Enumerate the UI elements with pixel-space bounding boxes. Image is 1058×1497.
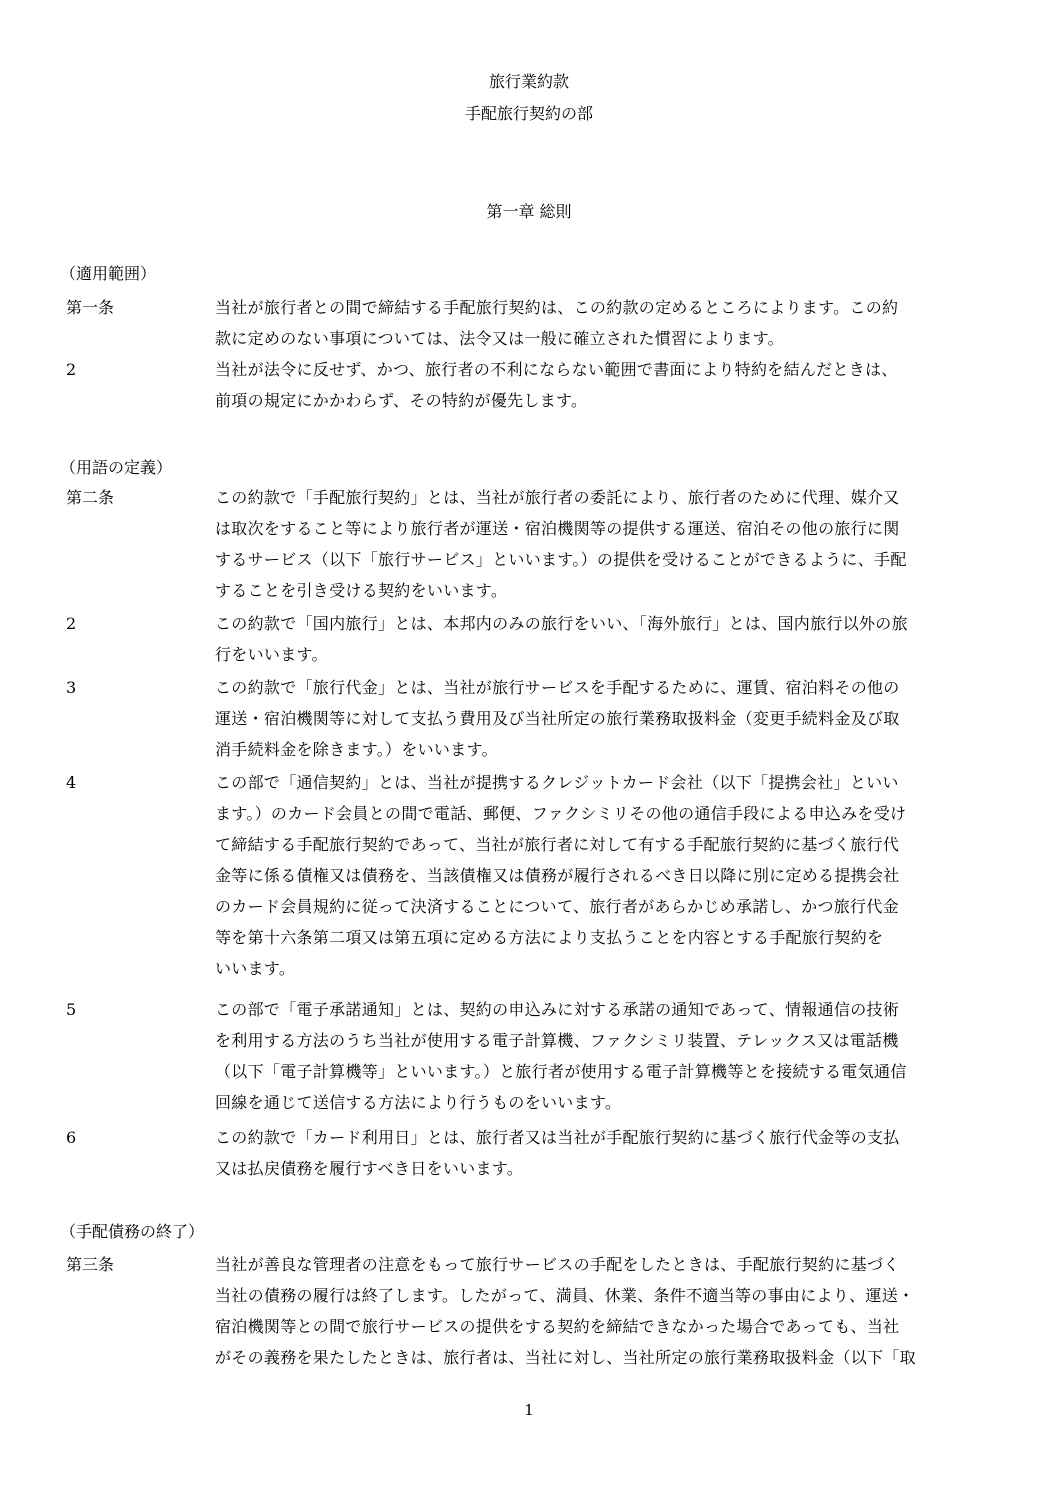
clause-line: 金等に係る債権又は債務を、当該債権又は債務が履行されるべき日以降に別に定める提携… (215, 860, 1005, 891)
clause-line: この部で「通信契約」とは、当社が提携するクレジットカード会社（以下「提携会社」と… (215, 767, 1005, 798)
clause-line: て締結する手配旅行契約であって、当社が旅行者に対して有する手配旅行契約に基づく旅… (215, 829, 1005, 860)
clause-line: ます。）のカード会員との間で電話、郵便、ファクシミリその他の通信手段による申込み… (215, 798, 1005, 829)
clause-body: この約款で「カード利用日」とは、旅行者又は当社が手配旅行契約に基づく旅行代金等の… (215, 1122, 1005, 1184)
clause-label: 2 (66, 360, 76, 380)
clause-line: 消手続料金を除きます。）をいいます。 (215, 734, 1005, 765)
clause-line: 回線を通じて送信する方法により行うものをいいます。 (215, 1087, 1005, 1118)
chapter-heading: 第一章 総則 (0, 202, 1058, 222)
clause-line: することを引き受ける契約をいいます。 (215, 575, 1005, 606)
document-title: 旅行業約款 (0, 72, 1058, 92)
clause-body: この約款で「旅行代金」とは、当社が旅行サービスを手配するために、運賃、宿泊料その… (215, 672, 1005, 765)
clause-line: 等を第十六条第二項又は第五項に定める方法により支払うことを内容とする手配旅行契約… (215, 922, 1005, 953)
clause-line: 当社の債務の履行は終了します。したがって、満員、休業、条件不適当等の事由により、… (215, 1280, 1005, 1311)
clause-line: を利用する方法のうち当社が使用する電子計算機、ファクシミリ装置、テレックス又は電… (215, 1025, 1005, 1056)
clause-body: この部で「通信契約」とは、当社が提携するクレジットカード会社（以下「提携会社」と… (215, 767, 1005, 984)
clause-line: この約款で「手配旅行契約」とは、当社が旅行者の委託により、旅行者のために代理、媒… (215, 482, 1005, 513)
clause-body: 当社が法令に反せず、かつ、旅行者の不利にならない範囲で書面により特約を結んだとき… (215, 354, 1005, 416)
document-subtitle: 手配旅行契約の部 (0, 104, 1058, 124)
clause-line: 宿泊機関等との間で旅行サービスの提供をする契約を締結できなかった場合であっても、… (215, 1311, 1005, 1342)
section-heading-scope: （適用範囲） (60, 264, 156, 284)
clause-label: 4 (66, 773, 76, 793)
clause-label: 3 (66, 678, 76, 698)
clause-line: この約款で「カード利用日」とは、旅行者又は当社が手配旅行契約に基づく旅行代金等の… (215, 1122, 1005, 1153)
clause-line: 当社が法令に反せず、かつ、旅行者の不利にならない範囲で書面により特約を結んだとき… (215, 354, 1005, 385)
clause-line: この約款で「国内旅行」とは、本邦内のみの旅行をいい、「海外旅行」とは、国内旅行以… (215, 608, 1005, 639)
clause-line: 款に定めのない事項については、法令又は一般に確立された慣習によります。 (215, 323, 1005, 354)
clause-line: 行をいいます。 (215, 639, 1005, 670)
clause-line: この約款で「旅行代金」とは、当社が旅行サービスを手配するために、運賃、宿泊料その… (215, 672, 1005, 703)
clause-line: （以下「電子計算機等」といいます。）と旅行者が使用する電子計算機等とを接続する電… (215, 1056, 1005, 1087)
page-number: 1 (0, 1401, 1058, 1419)
clause-line: のカード会員規約に従って決済することについて、旅行者があらかじめ承諾し、かつ旅行… (215, 891, 1005, 922)
clause-label: 6 (66, 1128, 76, 1148)
clause-label: 5 (66, 1000, 76, 1020)
clause-body: この部で「電子承諾通知」とは、契約の申込みに対する承諾の通知であって、情報通信の… (215, 994, 1005, 1118)
clause-label: 2 (66, 614, 76, 634)
section-heading-definitions: （用語の定義） (60, 458, 172, 478)
clause-line: 又は払戻債務を履行すべき日をいいます。 (215, 1153, 1005, 1184)
clause-line: 当社が善良な管理者の注意をもって旅行サービスの手配をしたときは、手配旅行契約に基… (215, 1249, 1005, 1280)
clause-body: この約款で「国内旅行」とは、本邦内のみの旅行をいい、「海外旅行」とは、国内旅行以… (215, 608, 1005, 670)
clause-label: 第一条 (66, 298, 114, 318)
clause-body: 当社が旅行者との間で締結する手配旅行契約は、この約款の定めるところによります。こ… (215, 292, 1005, 354)
clause-line: 前項の規定にかかわらず、その特約が優先します。 (215, 385, 1005, 416)
clause-body: この約款で「手配旅行契約」とは、当社が旅行者の委託により、旅行者のために代理、媒… (215, 482, 1005, 606)
clause-line: するサービス（以下「旅行サービス」といいます。）の提供を受けることができるように… (215, 544, 1005, 575)
clause-line: いいます。 (215, 953, 1005, 984)
clause-line: は取次をすること等により旅行者が運送・宿泊機関等の提供する運送、宿泊その他の旅行… (215, 513, 1005, 544)
clause-label: 第二条 (66, 488, 114, 508)
clause-line: 運送・宿泊機関等に対して支払う費用及び当社所定の旅行業務取扱料金（変更手続料金及… (215, 703, 1005, 734)
document-page: 旅行業約款 手配旅行契約の部 第一章 総則 （適用範囲） 第一条 当社が旅行者と… (0, 0, 1058, 1497)
clause-line: 当社が旅行者との間で締結する手配旅行契約は、この約款の定めるところによります。こ… (215, 292, 1005, 323)
clause-line: この部で「電子承諾通知」とは、契約の申込みに対する承諾の通知であって、情報通信の… (215, 994, 1005, 1025)
clause-line: がその義務を果たしたときは、旅行者は、当社に対し、当社所定の旅行業務取扱料金（以… (215, 1342, 1005, 1373)
section-heading-termination: （手配債務の終了） (60, 1222, 204, 1242)
clause-label: 第三条 (66, 1255, 114, 1275)
clause-body: 当社が善良な管理者の注意をもって旅行サービスの手配をしたときは、手配旅行契約に基… (215, 1249, 1005, 1373)
